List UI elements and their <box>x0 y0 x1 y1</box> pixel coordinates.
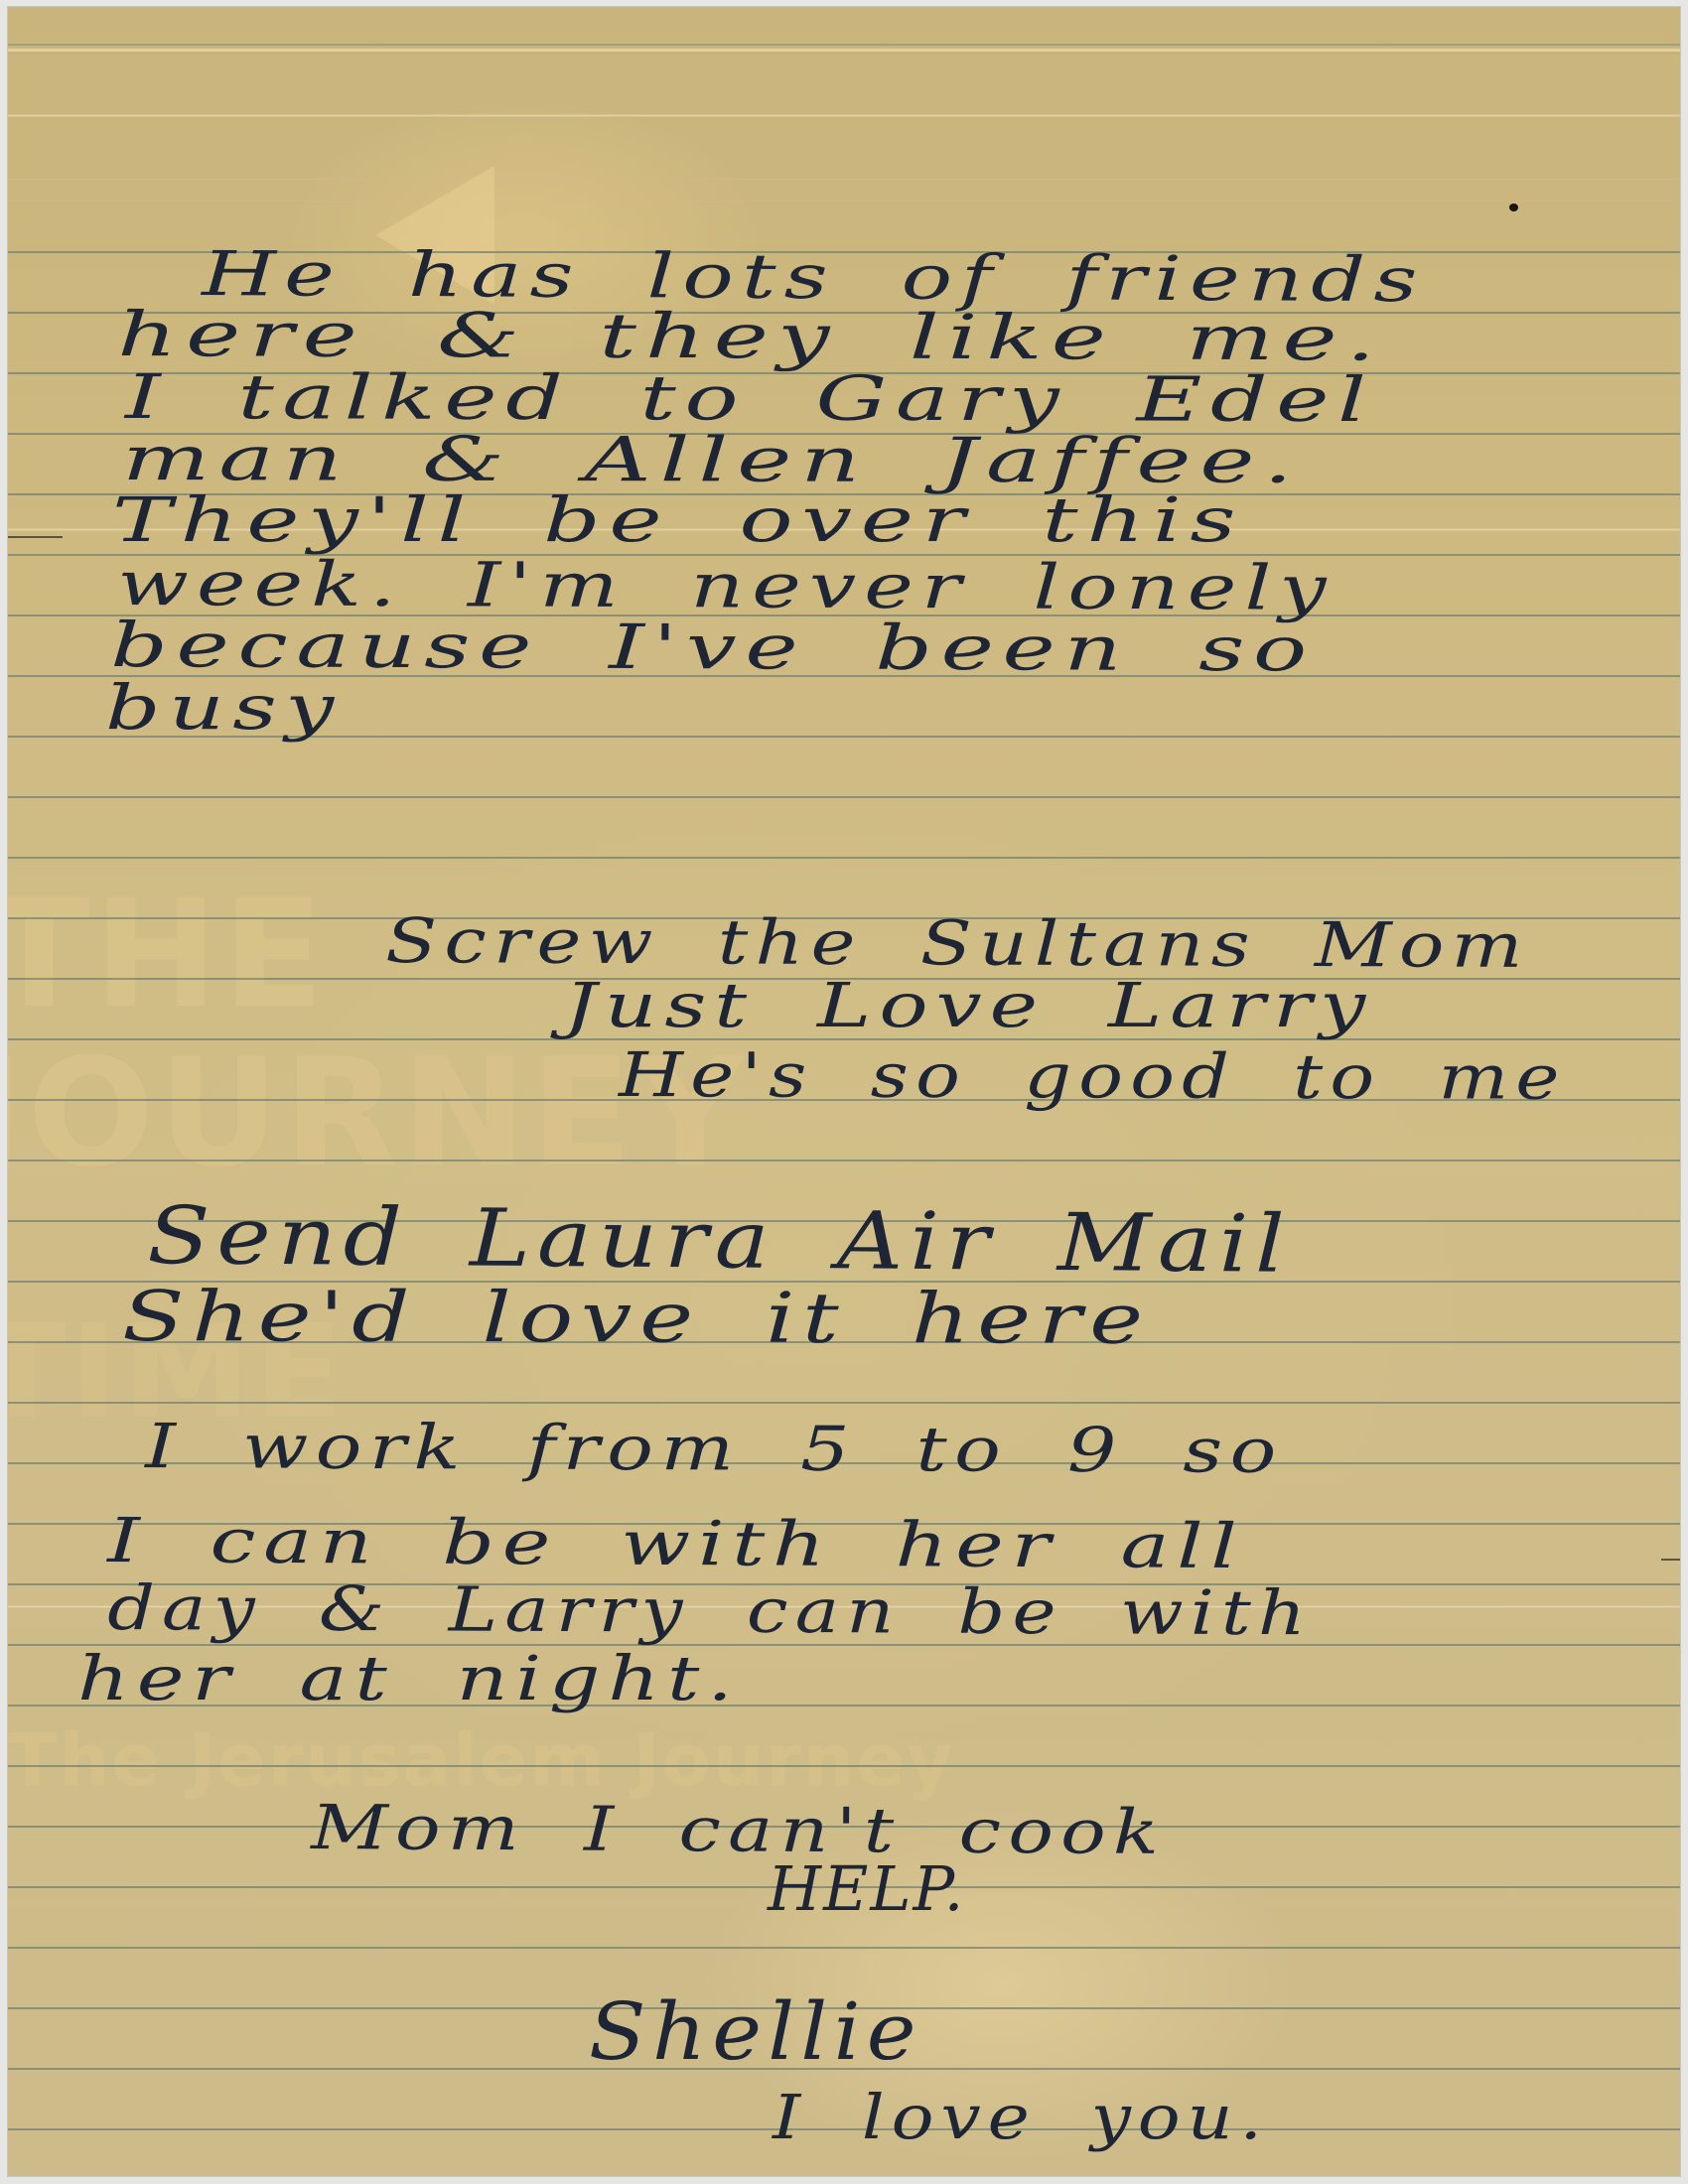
letter-line: She'd love it here <box>122 1282 1151 1354</box>
letter-line: Just Love Larry <box>564 975 1373 1036</box>
letter-line: I talked to Gary Edel <box>125 366 1375 431</box>
letter-page: THE JOURNEY TIME The Jerusalem Journey <box>8 7 1680 2176</box>
signature: Shellie <box>589 1992 922 2072</box>
letter-line: HELP. <box>768 1858 965 1920</box>
margin-mark <box>1661 1559 1680 1561</box>
letter-line: Screw the Sultans Mom <box>385 910 1530 977</box>
letter-line: I can be with her all <box>107 1510 1245 1577</box>
fold-crease <box>8 114 1680 117</box>
letter-line: Mom I can't cook <box>311 1797 1167 1863</box>
letter-line: day & Larry can be with <box>107 1577 1313 1644</box>
letter-line: I work from 5 to 9 so <box>145 1416 1284 1482</box>
letter-line: Send Laura Air Mail <box>147 1196 1292 1285</box>
letter-line: busy <box>105 677 343 739</box>
ink-spot <box>1509 204 1518 211</box>
letter-line: They'll be over this <box>112 489 1244 551</box>
margin-mark <box>8 536 63 538</box>
postscript: I love you. <box>773 2087 1269 2148</box>
letter-line: He's so good to me <box>619 1044 1567 1109</box>
letter-line: her at night. <box>77 1648 741 1709</box>
